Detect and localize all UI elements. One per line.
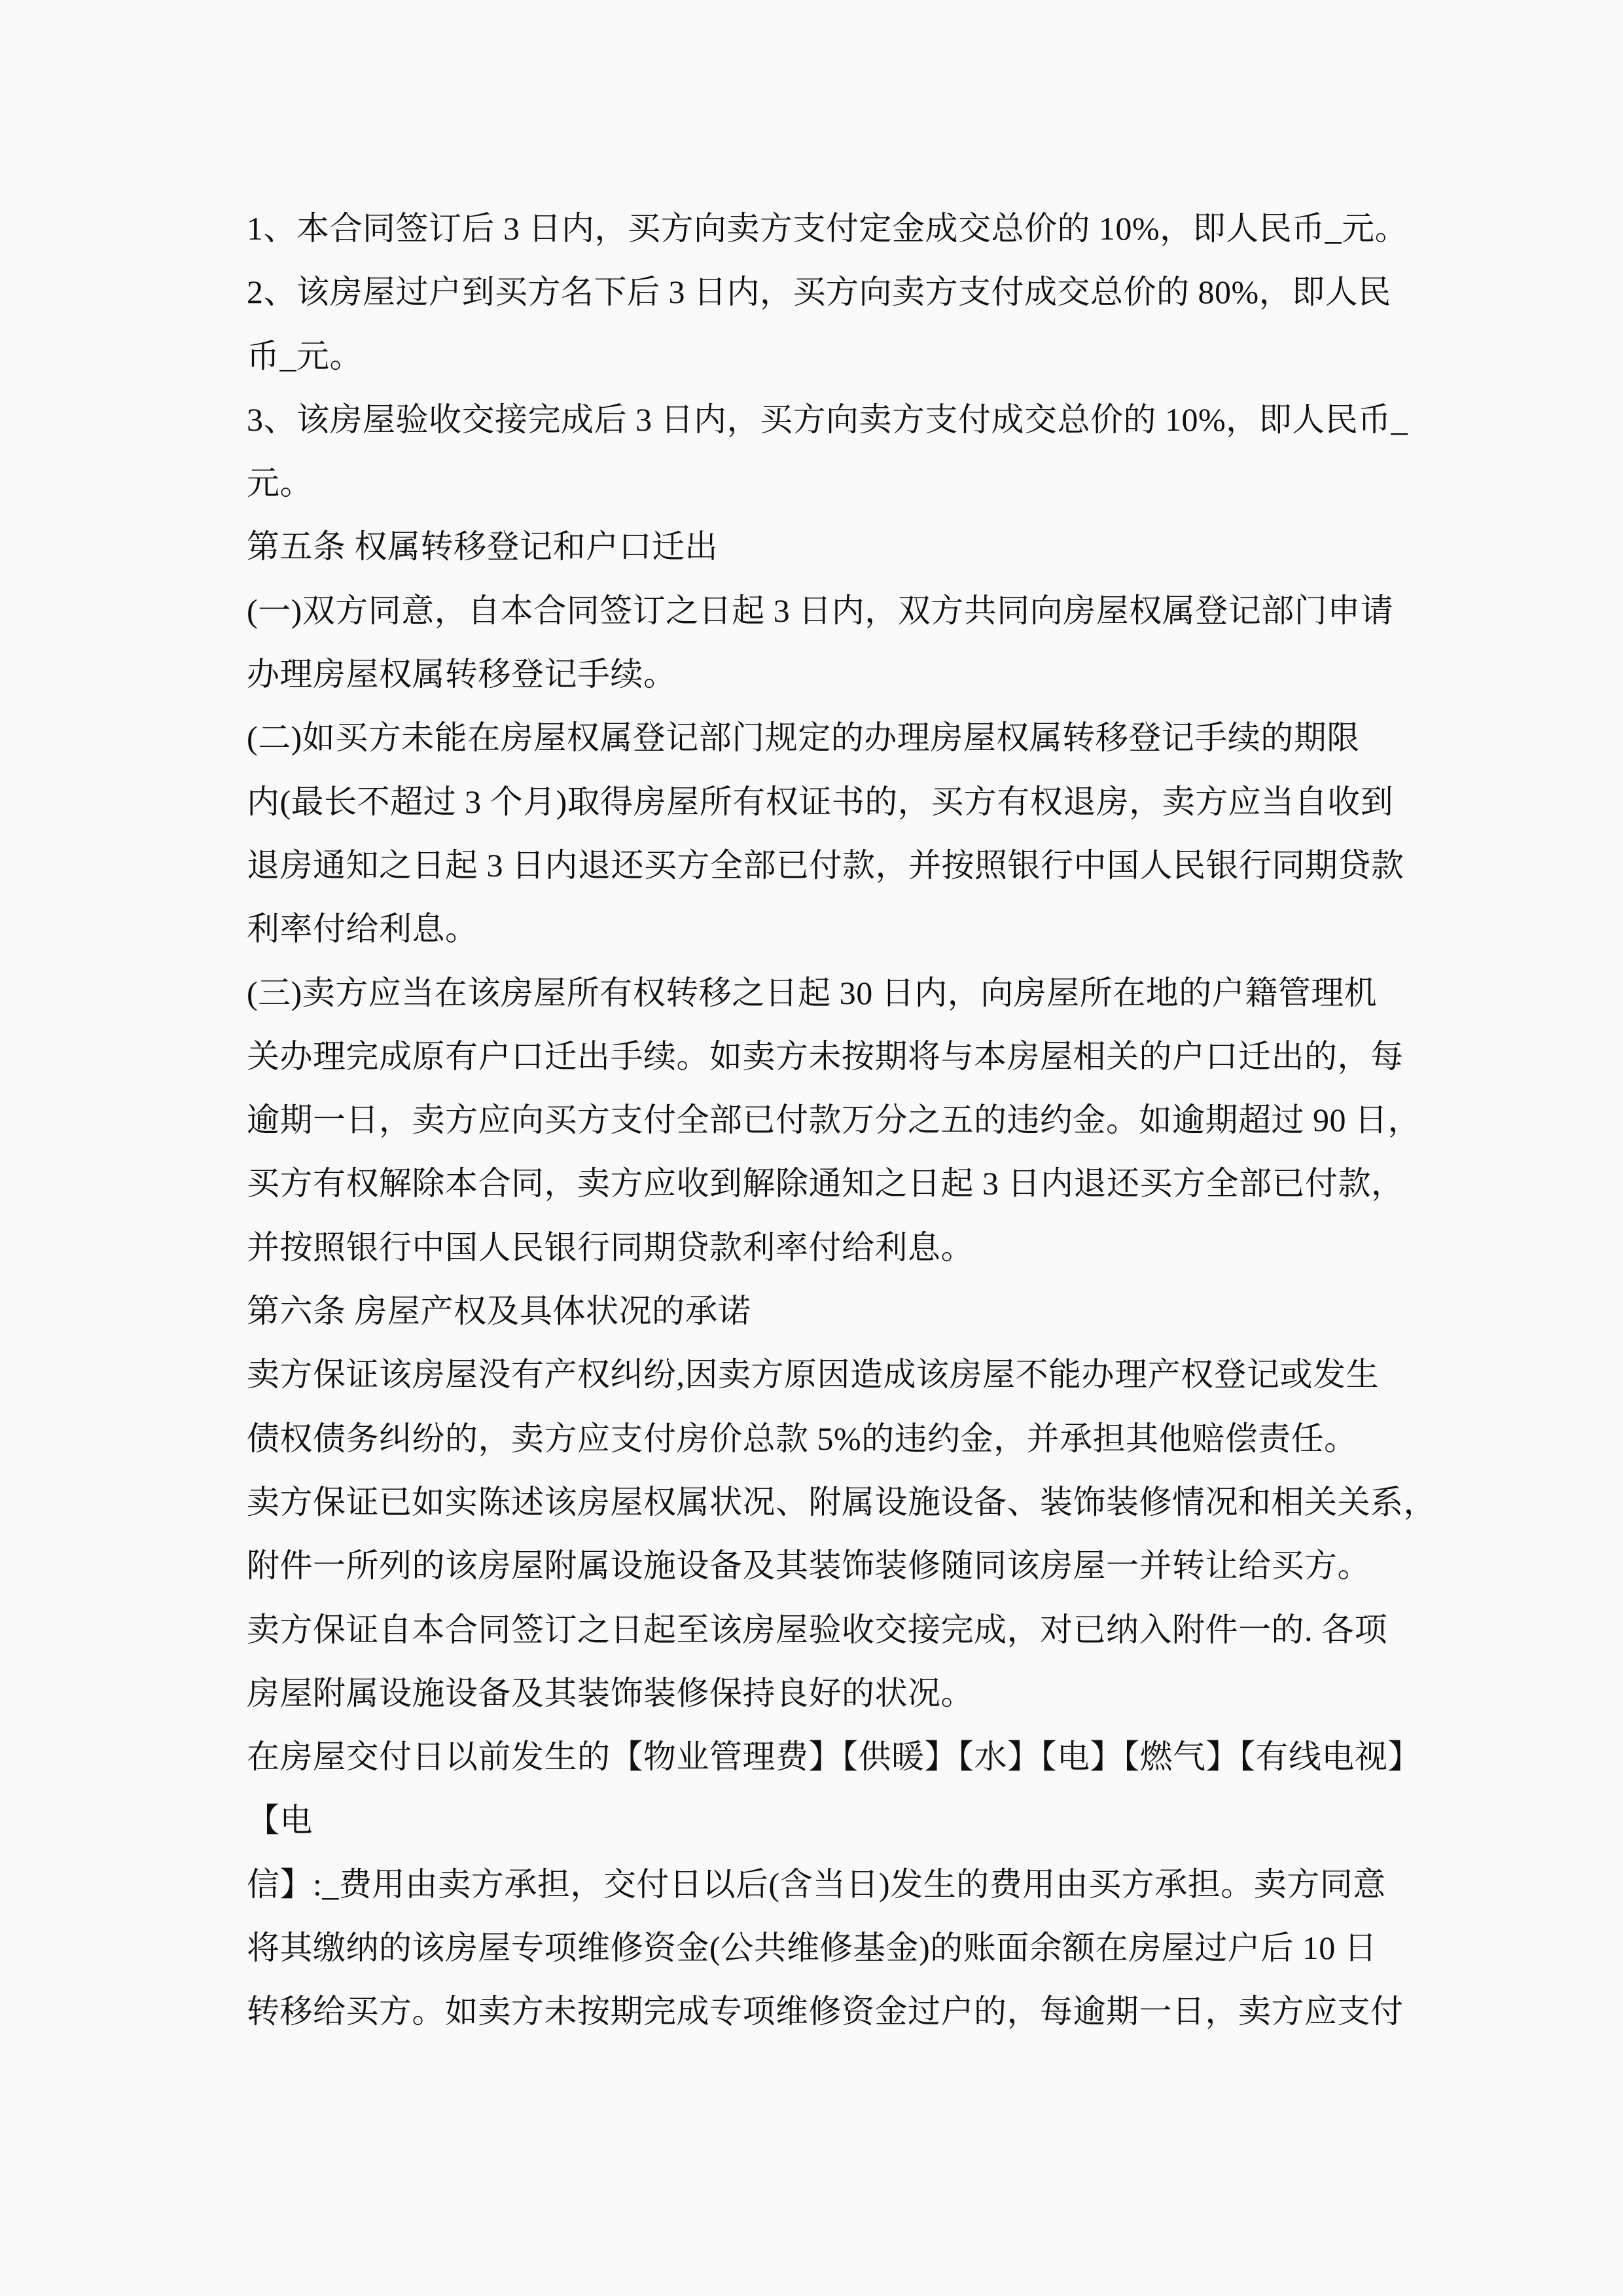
article-6-fees-para-cont-1: 【电 [247,1789,1418,1852]
article-5-clause-3-cont-2: 逾期一日，卖方应向买方支付全部已付款万分之五的违约金。如逾期超过 90 日， [247,1088,1418,1152]
article-5-clause-3-cont-1: 关办理完成原有户口迁出手续。如卖方未按期将与本房屋相关的户口迁出的，每 [247,1025,1418,1088]
article-5-clause-1: (一)双方同意，自本合同签订之日起 3 日内，双方共同向房屋权属登记部门申请 [247,579,1418,643]
section-heading-article-5: 第五条 权属转移登记和户口迁出 [247,515,1418,579]
article-6-para-1-cont: 债权债务纠纷的，卖方应支付房价总款 5%的违约金，并承担其他赔偿责任。 [247,1407,1418,1471]
article-6-para-2-cont: 附件一所列的该房屋附属设施设备及其装饰装修随同该房屋一并转让给买方。 [247,1534,1418,1598]
article-5-clause-2-cont-3: 利率付给利息。 [247,897,1418,961]
section-heading-article-6: 第六条 房屋产权及具体状况的承诺 [247,1280,1418,1343]
article-6-para-1: 卖方保证该房屋没有产权纠纷,因卖方原因造成该房屋不能办理产权登记或发生 [247,1343,1418,1407]
article-6-fees-para-cont-2: 信】:_费用由卖方承担，交付日以后(含当日)发生的费用由买方承担。卖方同意 [247,1853,1418,1916]
payment-clause-item-3-cont: 元。 [247,452,1418,515]
article-5-clause-2: (二)如买方未能在房屋权属登记部门规定的办理房屋权属转移登记手续的期限 [247,706,1418,770]
article-5-clause-3-cont-3: 买方有权解除本合同，卖方应收到解除通知之日起 3 日内退还买方全部已付款， [247,1152,1418,1215]
payment-clause-item-2-cont: 币_元。 [247,325,1418,388]
document-page: 1、本合同签订后 3 日内，买方向卖方支付定金成交总价的 10%，即人民币_元。… [0,0,1623,2296]
article-6-para-3-cont: 房屋附属设施设备及其装饰装修保持良好的状况。 [247,1662,1418,1725]
article-5-clause-2-cont-1: 内(最长不超过 3 个月)取得房屋所有权证书的，买方有权退房，卖方应当自收到 [247,770,1418,834]
payment-clause-item-1: 1、本合同签订后 3 日内，买方向卖方支付定金成交总价的 10%，即人民币_元。 [247,197,1418,260]
article-6-fees-para-cont-4: 转移给买方。如卖方未按期完成专项维修资金过户的，每逾期一日，卖方应支付 [247,1980,1418,2043]
article-6-fees-para-cont-3: 将其缴纳的该房屋专项维修资金(公共维修基金)的账面余额在房屋过户后 10 日 [247,1916,1418,1980]
article-5-clause-2-cont-2: 退房通知之日起 3 日内退还买方全部已付款，并按照银行中国人民银行同期贷款 [247,834,1418,897]
article-5-clause-3: (三)卖方应当在该房屋所有权转移之日起 30 日内，向房屋所在地的户籍管理机 [247,961,1418,1025]
article-5-clause-1-cont: 办理房屋权属转移登记手续。 [247,643,1418,706]
article-5-clause-3-cont-4: 并按照银行中国人民银行同期贷款利率付给利息。 [247,1216,1418,1280]
article-6-fees-para: 在房屋交付日以前发生的【物业管理费】【供暖】【水】【电】【燃气】【有线电视】 [247,1725,1418,1789]
payment-clause-item-3: 3、该房屋验收交接完成后 3 日内，买方向卖方支付成交总价的 10%，即人民币_ [247,388,1418,452]
article-6-para-2: 卖方保证已如实陈述该房屋权属状况、附属设施设备、装饰装修情况和相关关系， [247,1471,1418,1534]
article-6-para-3: 卖方保证自本合同签订之日起至该房屋验收交接完成，对已纳入附件一的. 各项 [247,1598,1418,1662]
payment-clause-item-2: 2、该房屋过户到买方名下后 3 日内，买方向卖方支付成交总价的 80%，即人民 [247,260,1418,324]
contract-text-block: 1、本合同签订后 3 日内，买方向卖方支付定金成交总价的 10%，即人民币_元。… [247,197,1418,2044]
